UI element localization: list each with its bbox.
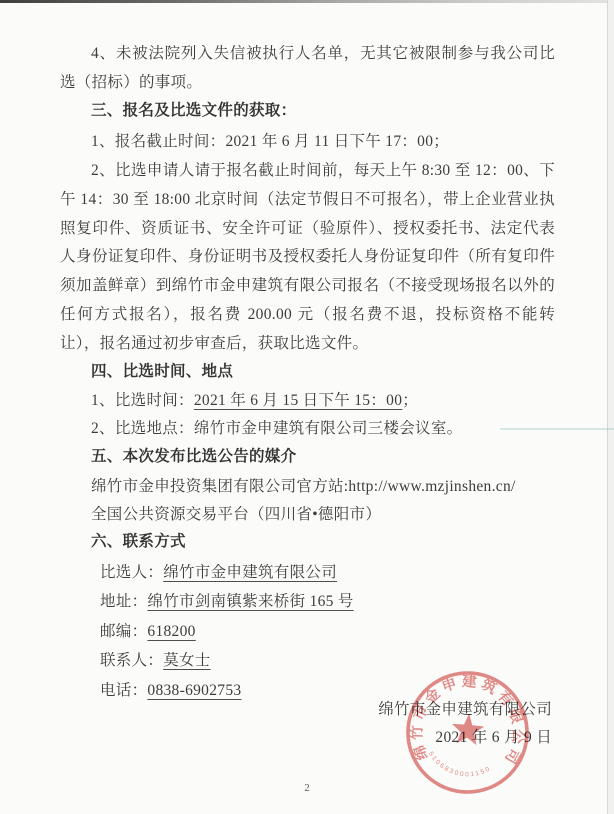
section4-heading: 四、比选时间、地点 (60, 358, 555, 387)
section3-item2: 2、比选申请人请于报名截止时间前，每天上午 8:30 至 12：00、下午 14… (60, 157, 555, 359)
seal-number-text: 5106830001150 (425, 750, 494, 781)
bidding-time-value: 2021 年 6 月 15 日下午 15：00 (194, 392, 402, 409)
paragraph-item4: 4、未被法院列入失信被执行人名单，无其它被限制参与我公司比选（招标）的事项。 (60, 40, 555, 98)
bidding-time-label: 1、比选时间： (91, 392, 194, 409)
contact-row-bidder: 比选人：绵竹市金申建筑有限公司 (100, 558, 555, 587)
contact-label: 联系人： (100, 652, 163, 669)
section3-heading: 三、报名及比选文件的获取： (60, 97, 555, 126)
section4-item2: 2、比选地点：绵竹市金申建筑有限公司三楼会议室。 (60, 415, 555, 444)
contact-label: 地址： (100, 593, 147, 610)
contact-value: 绵竹市金申建筑有限公司 (163, 564, 337, 581)
section3-item1: 1、报名截止时间：2021 年 6 月 11 日下午 17：00； (60, 128, 555, 157)
media-line-website: 绵竹市金申投资集团有限公司官方站:http://www.mzjinshen.cn… (60, 473, 555, 502)
document-page: 4、未被法院列入失信被执行人名单，无其它被限制参与我公司比选（招标）的事项。 三… (0, 0, 614, 814)
section4-item1: 1、比选时间：2021 年 6 月 15 日下午 15：00； (60, 387, 555, 416)
contact-label: 邮编： (100, 623, 147, 640)
scan-right-edge-artifact (607, 0, 614, 814)
scan-top-edge-artifact (0, 0, 614, 3)
contact-row-postcode: 邮编：618200 (100, 617, 555, 646)
bidding-time-tail: ； (402, 392, 418, 409)
contact-row-address: 地址：绵竹市剑南镇紫来桥街 165 号 (100, 587, 555, 616)
contact-value: 618200 (147, 623, 195, 640)
star-icon (450, 712, 485, 745)
svg-text:5106830001150: 5106830001150 (425, 750, 494, 781)
contact-label: 电话： (100, 682, 147, 699)
media-line-platform: 全国公共资源交易平台（四川省•德阳市） (60, 501, 555, 530)
company-seal-stamp: 绵竹市金申建筑有限公司 5106830001150 (404, 669, 531, 796)
seal-group: 绵竹市金申建筑有限公司 5106830001150 (404, 669, 531, 796)
page-number: 2 (0, 781, 614, 795)
contact-value: 绵竹市剑南镇紫来桥街 165 号 (147, 593, 353, 610)
section5-heading: 五、本次发布比选公告的媒介 (60, 443, 555, 472)
contact-value: 莫女士 (163, 652, 210, 669)
contact-label: 比选人： (100, 564, 163, 581)
section6-heading: 六、联系方式 (60, 528, 555, 557)
